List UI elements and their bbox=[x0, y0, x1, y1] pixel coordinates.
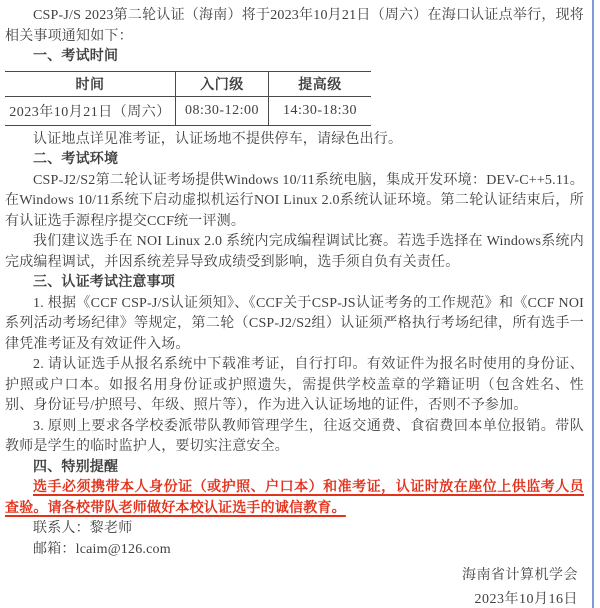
section2-paragraph-1: CSP-J2/S2第二轮认证考场提供Windows 10/11系统电脑，集成开发… bbox=[5, 171, 584, 233]
intro-paragraph: CSP-J/S 2023第二轮认证（海南）将于2023年10月21日（周六）在海… bbox=[5, 6, 584, 47]
exam-schedule-table: 时间 入门级 提高级 2023年10月21日（周六） 08:30-12:00 1… bbox=[5, 71, 371, 126]
special-reminder-warning: 选手必须携带本人身份证（或护照、户口本）和准考证，认证时放在座位上供监考人员查验… bbox=[5, 478, 584, 519]
section1-heading: 一、考试时间 bbox=[5, 47, 584, 68]
table-header-senior-level: 提高级 bbox=[269, 71, 372, 96]
table-header-time: 时间 bbox=[5, 71, 176, 96]
section4-heading: 四、特别提醒 bbox=[5, 458, 584, 479]
section1-note: 认证地点详见准考证，认证场地不提供停车，请绿色出行。 bbox=[5, 130, 584, 151]
table-header-row: 时间 入门级 提高级 bbox=[5, 71, 371, 96]
signature-block: 海南省计算机学会 2023年10月16日 bbox=[5, 564, 584, 608]
section2-paragraph-2: 我们建议选手在 NOI Linux 2.0 系统内完成编程调试比赛。若选手选择在… bbox=[5, 232, 584, 273]
notice-document: CSP-J/S 2023第二轮认证（海南）将于2023年10月21日（周六）在海… bbox=[0, 0, 600, 608]
contact-person: 联系人：黎老师 bbox=[5, 519, 584, 540]
section2-heading: 二、考试环境 bbox=[5, 150, 584, 171]
section3-item-2: 2. 请认证选手从报名系统中下载准考证，自行打印。有效证件为报名时使用的身份证、… bbox=[5, 355, 584, 417]
section3-heading: 三、认证考试注意事项 bbox=[5, 273, 584, 294]
section3-item-1: 1. 根据《CCF CSP-J/S认证须知》、《CCF关于CSP-JS认证考务的… bbox=[5, 294, 584, 356]
contact-email: 邮箱：lcaim@126.com bbox=[5, 540, 584, 561]
table-row: 2023年10月21日（周六） 08:30-12:00 14:30-18:30 bbox=[5, 96, 371, 125]
signature-date: 2023年10月16日 bbox=[5, 588, 584, 608]
table-cell-date: 2023年10月21日（周六） bbox=[5, 96, 176, 125]
signature-organization: 海南省计算机学会 bbox=[5, 564, 584, 588]
table-header-entry-level: 入门级 bbox=[176, 71, 269, 96]
table-cell-senior-time: 14:30-18:30 bbox=[269, 96, 372, 125]
section3-item-3: 3. 原则上要求各学校委派带队教师管理学生，往返交通费、食宿费回本单位报销。带队… bbox=[5, 417, 584, 458]
table-cell-entry-time: 08:30-12:00 bbox=[176, 96, 269, 125]
page-edge-line bbox=[592, 0, 594, 608]
